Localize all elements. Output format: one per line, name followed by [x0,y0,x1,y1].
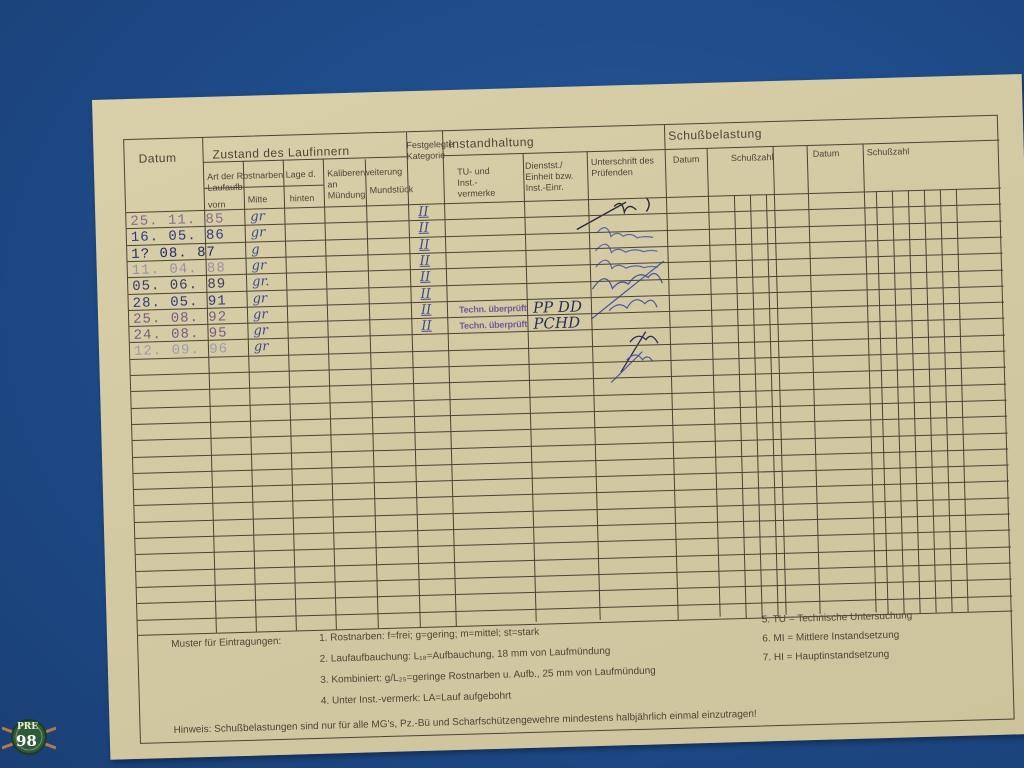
entry-stamp: Techn. überprüft [459,319,527,331]
note-item-1: 1. Rostnarben: f=frei; g=gering; m=mitte… [319,627,539,644]
abbr-item-7: 7. HI = Hauptinstandsetzung [763,649,890,664]
entry-stamp: Techn. überprüft [459,303,527,315]
entries-list: 25. 11. 85grII16. 05. 86grII1? 08. 87gII… [124,116,997,140]
grid-column-line [365,159,379,628]
grid-column-line [442,131,457,626]
entry-rust-middle: gr [251,226,266,241]
entry-rust-middle: g [251,242,260,257]
logo-text-bottom: 98 [16,732,37,750]
entry-rust-middle: gr [250,209,265,224]
notes-label: Muster für Eintragungen: [171,636,281,650]
header-datum: Datum [139,153,177,165]
header-dienststelle: Dienstst./ Einheit bzw. Inst.-Einr. [525,159,592,194]
entry-category: II [420,286,431,301]
grid-column-line [283,160,297,631]
header-sb-schusszahl-2: Schußzahl [867,146,910,158]
grid-column-line [807,145,821,614]
entry-category: II [419,237,430,252]
entry-rust-middle: gr [251,258,266,273]
header-sb-schusszahl-1: Schußzahl [731,152,774,164]
hinweis-text: Hinweis: Schußbelastungen sind nur für a… [173,709,756,736]
header-instandhaltung: Instandhaltung [448,137,534,150]
pre98-logo: PRE 98 [2,712,56,762]
entry-category: II [418,205,429,220]
notes-section: Muster für Eintragungen: 1. Rostnarben: … [137,610,1015,744]
header-sb-datum-1: Datum [673,154,700,166]
abbr-item-6: 6. MI = Mittlere Instandsetzung [762,630,899,645]
entry-category: II [421,302,432,317]
entry-rust-middle: gr [254,340,269,355]
header-muendung: Mündung [328,189,366,201]
header-mundstueck: Mundstück [369,184,407,196]
entry-category: II [421,319,432,334]
note-item-4: 4. Unter Inst.-vermerk: LA=Lauf aufgeboh… [321,691,512,707]
entry-category: II [420,270,431,285]
grid-column-line [773,146,787,615]
logo-text-top: PRE [17,722,38,732]
note-item-2: 2. Laufaufbauchung: L₁₈=Aufbauchung, 18 … [320,646,611,665]
grid-column-line [707,148,721,617]
header-hinten: hinten [290,193,315,205]
header-tu-vermerke: TU- und Inst.-vermerke [457,165,512,199]
entry-rust-middle: gr [253,323,268,338]
entry-category: II [419,254,430,269]
header-schussbelastung: Schußbelastung [668,128,762,142]
inspection-card: Datum Zustand des Laufinnern Art der Ros… [92,74,1024,760]
grid-column-line [523,153,537,622]
entry-category: II [419,221,430,236]
header-sb-datum-2: Datum [813,148,840,160]
header-unterschrift: Unterschrift des Prüfenden [591,155,658,179]
header-rostnarben: Art der Rostnarben Lage d. Laufaufb. [207,169,318,194]
grid-column-line [863,143,877,612]
note-item-3: 3. Kombiniert: g/L₂₅=geringe Rostnarben … [320,665,656,685]
grid-column-line [323,159,337,630]
signatures [566,190,691,383]
entry-rust-middle: gr [252,291,267,306]
header-kategorie: Festgelegte Kategorie [406,139,441,162]
entry-rust-middle: gr [253,307,268,322]
header-mitte: Mitte [248,194,268,206]
entry-rust-middle: gr. [252,274,270,289]
